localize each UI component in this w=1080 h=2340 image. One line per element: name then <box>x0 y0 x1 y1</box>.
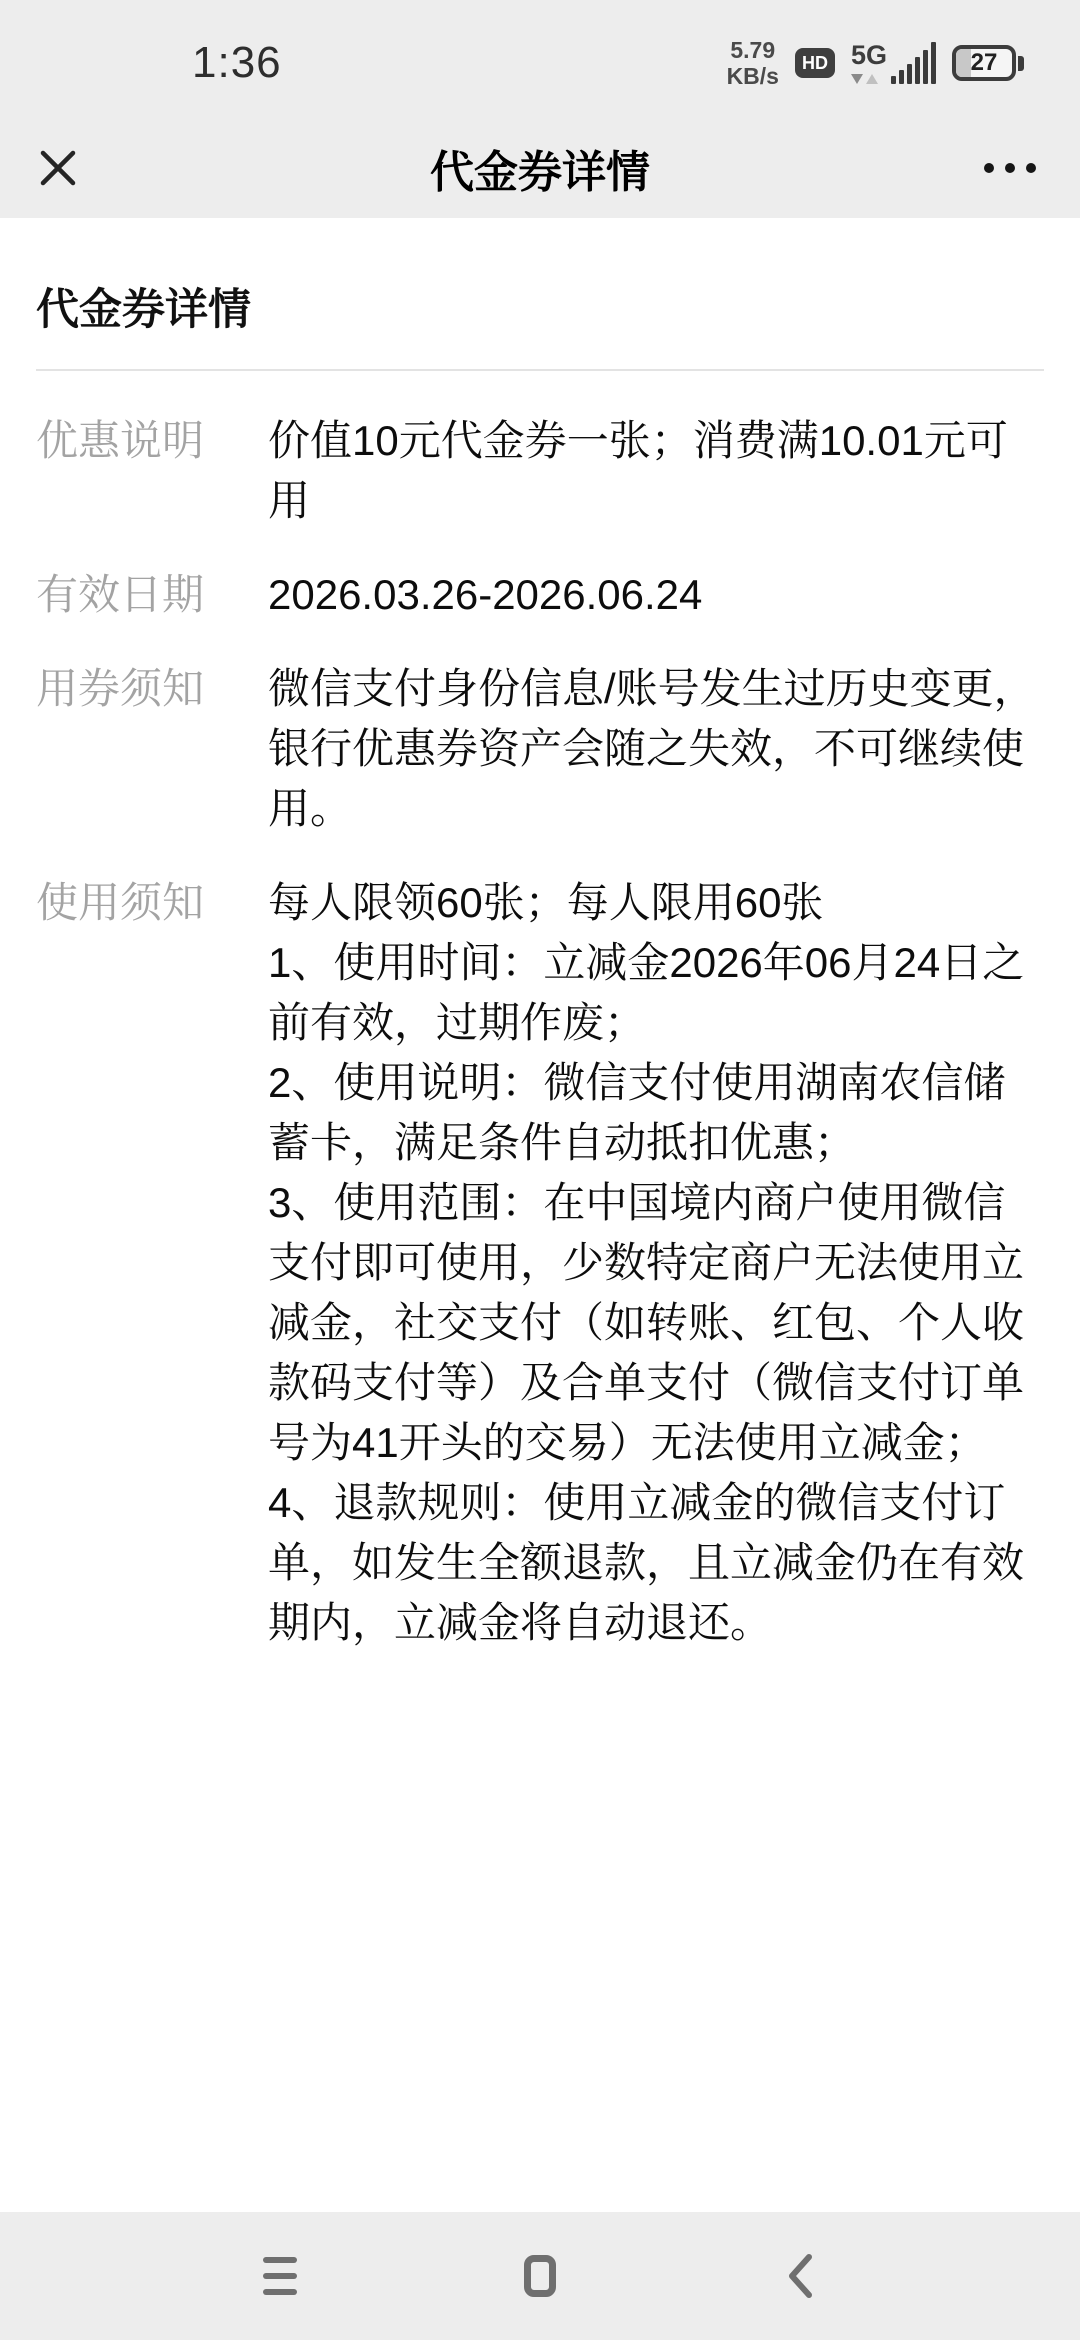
battery-percent: 27 <box>971 49 998 77</box>
page-header: 代金券详情 <box>0 118 1080 218</box>
back-chevron-icon <box>786 2252 814 2300</box>
network-speed-unit: KB/s <box>727 63 779 89</box>
row-value: 价值10元代金券一张；消费满10.01元可用 <box>268 411 1044 531</box>
home-button[interactable] <box>510 2246 570 2306</box>
row-value: 每人限领60张；每人限用60张 1、使用时间：立减金2026年06月24日之前有… <box>268 873 1044 1653</box>
section-title: 代金券详情 <box>36 218 1044 337</box>
clock: 1:36 <box>192 38 282 88</box>
voucher-detail-content: 代金券详情 优惠说明 价值10元代金券一张；消费满10.01元可用 有效日期 2… <box>0 218 1080 1653</box>
row-label: 用券须知 <box>36 659 268 839</box>
row-coupon-notice: 用券须知 微信支付身份信息/账号发生过历史变更，银行优惠券资产会随之失效，不可继… <box>36 659 1044 839</box>
download-arrow-icon <box>851 74 863 84</box>
battery-icon: 27 <box>952 45 1016 81</box>
row-valid-date: 有效日期 2026.03.26-2026.06.24 <box>36 565 1044 625</box>
battery-cap <box>1018 56 1024 71</box>
row-label: 优惠说明 <box>36 411 268 531</box>
row-discount-description: 优惠说明 价值10元代金券一张；消费满10.01元可用 <box>36 411 1044 531</box>
network-speed-value: 5.79 <box>730 37 775 63</box>
network-speed-indicator: 5.79 KB/s <box>727 37 779 89</box>
network-type-label: 5G <box>851 42 887 69</box>
row-label: 有效日期 <box>36 565 268 625</box>
cellular-signal-icon: 5G <box>851 42 936 84</box>
detail-rows: 优惠说明 价值10元代金券一张；消费满10.01元可用 有效日期 2026.03… <box>36 411 1044 1653</box>
row-label: 使用须知 <box>36 873 268 1653</box>
home-icon <box>524 2255 556 2297</box>
menu-icon <box>263 2257 297 2295</box>
row-usage-notice: 使用须知 每人限领60张；每人限用60张 1、使用时间：立减金2026年06月2… <box>36 873 1044 1653</box>
battery-fill-level <box>956 49 971 77</box>
row-value: 微信支付身份信息/账号发生过历史变更，银行优惠券资产会随之失效，不可继续使用。 <box>268 659 1044 839</box>
back-button[interactable] <box>770 2246 830 2306</box>
signal-bars-icon <box>891 42 936 84</box>
recents-button[interactable] <box>250 2246 310 2306</box>
status-bar-right: 5.79 KB/s HD 5G <box>727 37 1024 89</box>
voucher-detail-page: 1:36 5.79 KB/s HD 5G <box>0 0 1080 2340</box>
network-activity-arrows-icon <box>851 72 878 84</box>
battery-indicator: 27 <box>952 45 1024 81</box>
hd-volte-icon: HD <box>795 48 835 78</box>
upload-arrow-icon <box>866 74 878 84</box>
network-type-block: 5G <box>851 42 887 84</box>
system-nav-bar <box>0 2212 1080 2340</box>
page-title: 代金券详情 <box>0 136 1080 200</box>
section-divider <box>36 369 1044 371</box>
status-bar: 1:36 5.79 KB/s HD 5G <box>0 0 1080 118</box>
row-value: 2026.03.26-2026.06.24 <box>268 565 1044 625</box>
